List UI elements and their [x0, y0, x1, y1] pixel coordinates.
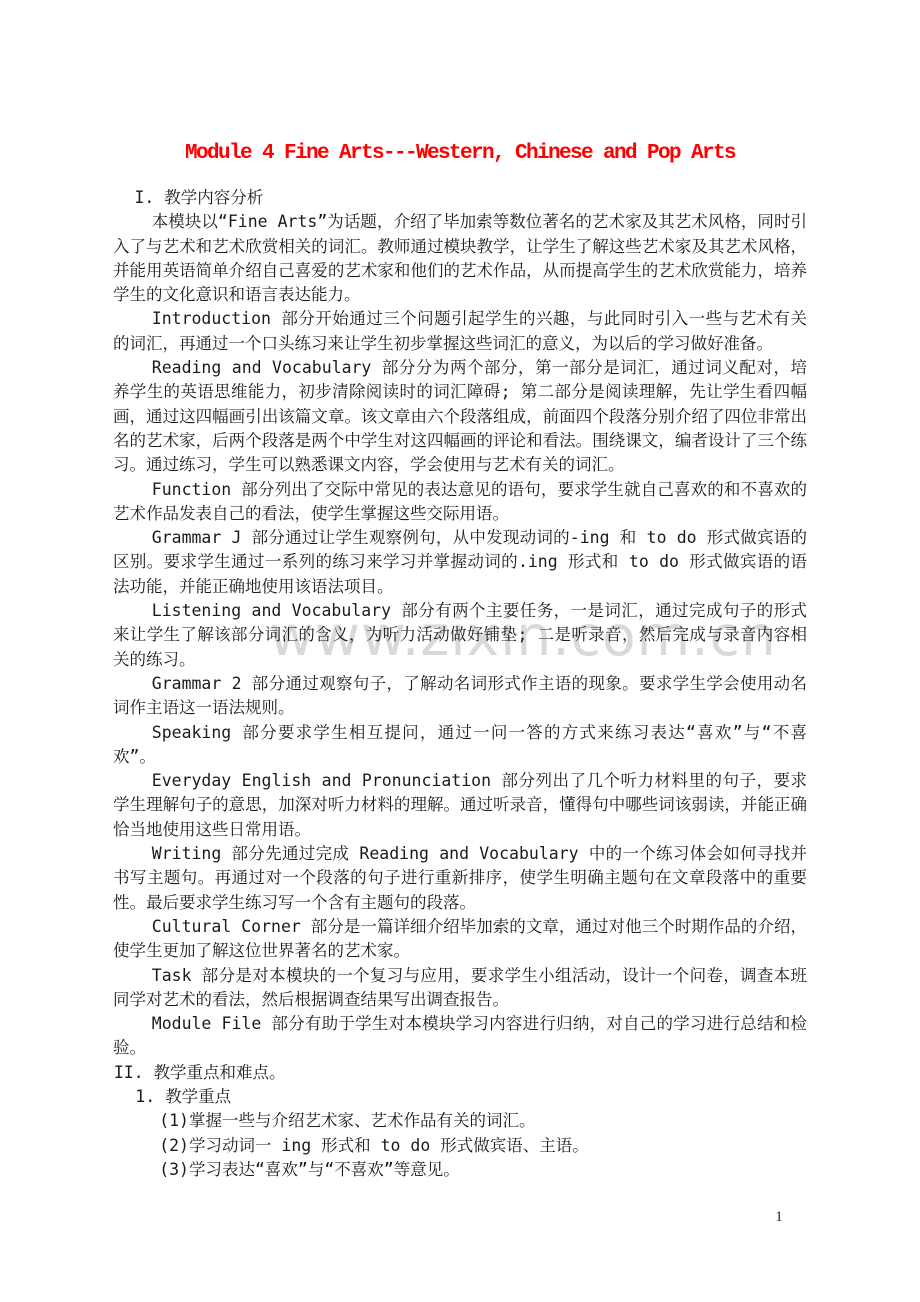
paragraph: Reading and Vocabulary 部分分为两个部分，第一部分是词汇，… — [113, 356, 807, 477]
paragraph: Introduction 部分开始通过三个问题引起学生的兴趣，与此同时引入一些与… — [113, 307, 807, 356]
paragraph: Cultural Corner 部分是一篇详细介绍毕加索的文章，通过对他三个时期… — [113, 915, 807, 964]
section-heading: 1. 教学重点 — [113, 1085, 807, 1109]
paragraph: Grammar J 部分通过让学生观察例句，从中发现动词的-ing 和 to d… — [113, 526, 807, 599]
paragraph: 本模块以“Fine Arts”为话题，介绍了毕加索等数位著名的艺术家及其艺术风格… — [113, 210, 807, 307]
paragraph: (1)掌握一些与介绍艺术家、艺术作品有关的词汇。 — [113, 1109, 807, 1133]
paragraph: Writing 部分先通过完成 Reading and Vocabulary 中… — [113, 842, 807, 915]
paragraph: Module File 部分有助于学生对本模块学习内容进行归纳，对自己的学习进行… — [113, 1012, 807, 1061]
paragraph: Listening and Vocabulary 部分有两个主要任务，一是词汇，… — [113, 599, 807, 672]
document-body: I. 教学内容分析本模块以“Fine Arts”为话题，介绍了毕加索等数位著名的… — [113, 186, 807, 1182]
paragraph: (2)学习动词一 ing 形式和 to do 形式做宾语、主语。 — [113, 1134, 807, 1158]
page-number: 1 — [768, 1207, 790, 1227]
paragraph: Task 部分是对本模块的一个复习与应用，要求学生小组活动，设计一个问卷，调查本… — [113, 964, 807, 1013]
paragraph: Everyday English and Pronunciation 部分列出了… — [113, 769, 807, 842]
section-heading: I. 教学内容分析 — [113, 186, 807, 210]
paragraph: (3)学习表达“喜欢”与“不喜欢”等意见。 — [113, 1158, 807, 1182]
page-title: Module 4 Fine Arts---Western, Chinese an… — [0, 139, 920, 169]
paragraph: Grammar 2 部分通过观察句子，了解动名词形式作主语的现象。要求学生学会使… — [113, 672, 807, 721]
section-heading: II. 教学重点和难点。 — [113, 1061, 807, 1085]
paragraph: Speaking 部分要求学生相互提问，通过一问一答的方式来练习表达“喜欢”与“… — [113, 721, 807, 770]
document-page: www.zixin.com.cn Module 4 Fine Arts---We… — [0, 0, 920, 1302]
paragraph: Function 部分列出了交际中常见的表达意见的语句，要求学生就自己喜欢的和不… — [113, 478, 807, 527]
